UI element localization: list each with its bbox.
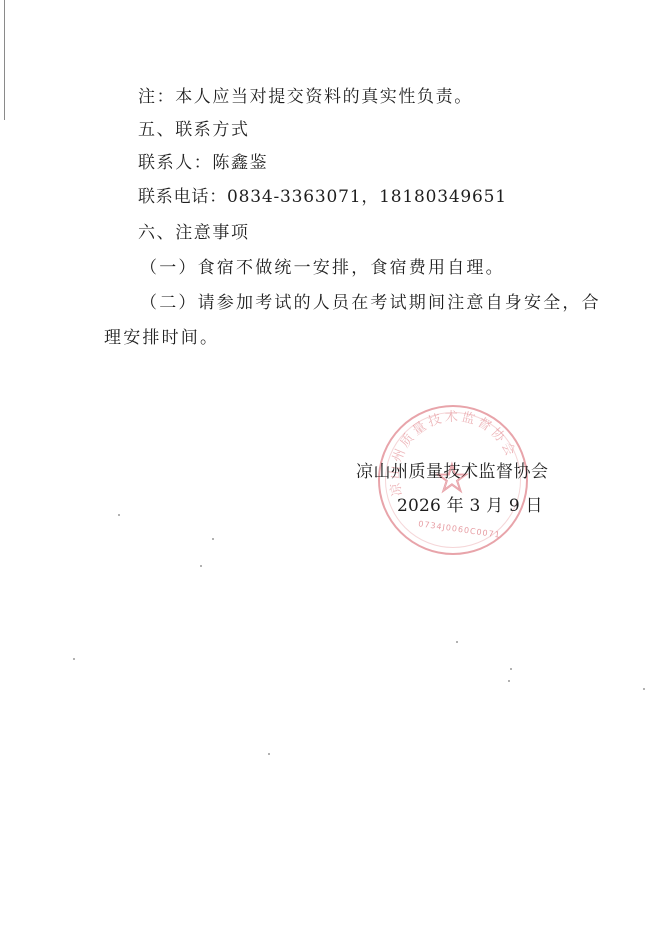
notice-item-2-continued: 理安排时间。 (104, 327, 219, 349)
seal-code: 0734J0060C0071 (418, 519, 501, 539)
scan-speck (508, 680, 510, 682)
scan-speck (510, 668, 512, 670)
note-text: 注：本人应当对提交资料的真实性负责。 (138, 86, 473, 108)
scan-speck (73, 658, 75, 660)
notice-item-1: （一）食宿不做统一安排，食宿费用自理。 (140, 257, 505, 279)
scan-edge-line (4, 0, 5, 120)
scan-speck (212, 538, 214, 540)
scan-speck (118, 514, 120, 516)
contact-phone: 联系电话：0834-3363071，18180349651 (138, 186, 507, 208)
section-heading-contact: 五、联系方式 (138, 119, 250, 141)
notice-item-2: （二）请参加考试的人员在考试期间注意自身安全，合 (140, 292, 601, 314)
signature-date: 2026 年 3 月 9 日 (397, 495, 543, 517)
scan-speck (456, 641, 458, 643)
svg-text:凉山州质量技术监督协会: 凉山州质量技术监督协会 (388, 409, 519, 498)
signature-organization: 凉山州质量技术监督协会 (356, 461, 549, 483)
scan-speck (268, 753, 270, 755)
scan-speck (643, 688, 645, 690)
scan-speck (200, 565, 202, 567)
contact-person: 联系人：陈鑫鉴 (138, 152, 268, 174)
section-heading-notes: 六、注意事项 (138, 222, 250, 244)
